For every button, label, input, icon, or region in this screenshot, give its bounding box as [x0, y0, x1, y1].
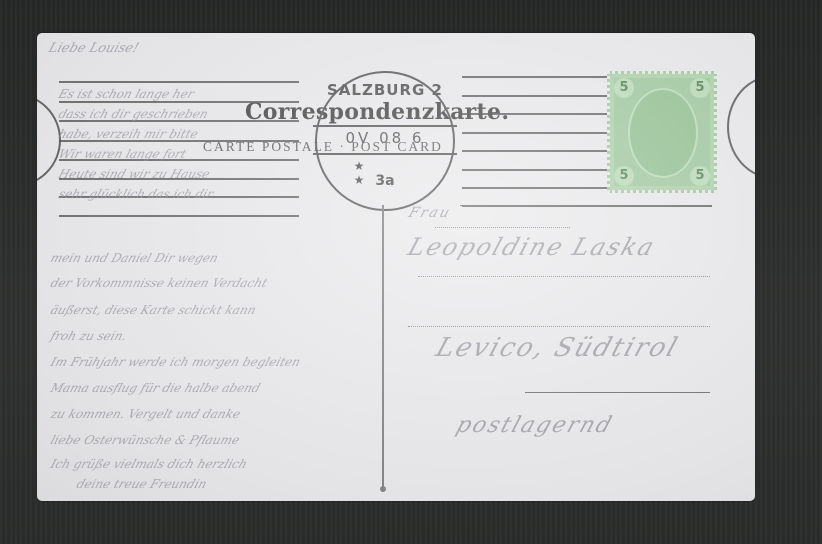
address-note: postlagernd [453, 413, 617, 438]
message-line: habe, verzeih mir bitte [57, 127, 200, 141]
message-greeting: Liebe Louise! [47, 41, 141, 56]
address-rule [418, 276, 710, 277]
postmark-code: 3a [317, 173, 453, 189]
postcard: Correspondenzkarte. CARTE POSTALE · POST… [37, 33, 755, 501]
address-rule [435, 227, 570, 228]
address-salutation: Frau [406, 205, 453, 221]
message-line: sehr glücklich das ich dir [57, 187, 215, 201]
cancellation-line [59, 81, 299, 83]
postmark-city: SALZBURG 2 [317, 81, 453, 99]
address-rule [525, 392, 710, 393]
center-divider [382, 205, 384, 489]
message-line: Mama ausflug für die halbe abend [49, 381, 262, 395]
stamp-value-bl: 5 [614, 166, 634, 186]
address-rule [460, 205, 710, 206]
message-line: deine treue Freundin [75, 477, 209, 491]
message-line: äußerst, diese Karte schickt kann [49, 303, 258, 317]
message-line: dass ich dir geschrieben [57, 107, 210, 121]
address-name: Leopoldine Laska [404, 233, 659, 261]
message-line: Im Frühjahr werde ich morgen begleiten [49, 355, 303, 369]
postage-stamp: 5 5 5 5 [607, 71, 717, 193]
stamp-value-br: 5 [690, 166, 710, 186]
message-line: Wir waren lange fort [57, 147, 188, 161]
message-line: der Vorkommnisse keinen Verdacht [49, 276, 270, 290]
message-line: Ich grüße vielmals dich herzlich [49, 457, 249, 471]
message-line: mein und Daniel Dir wegen [49, 251, 220, 265]
address-rule [408, 326, 710, 327]
postmark-date: 0V 08 6 [317, 129, 453, 147]
message-line: zu kommen. Vergelt und danke [49, 407, 243, 421]
postmark-salzburg: SALZBURG 2 0V 08 6 ★ ★ 3a [315, 71, 455, 211]
stamp-value-tr: 5 [690, 78, 710, 98]
message-line: Heute sind wir zu Hause [57, 167, 212, 181]
message-line: Es ist schon lange her [57, 87, 196, 101]
address-city: Levico, Südtirol [432, 333, 683, 363]
message-line: liebe Osterwünsche & Pflaume [49, 433, 242, 447]
partial-postmark-right [727, 75, 755, 179]
message-line: froh zu sein. [49, 329, 129, 343]
cancellation-line [59, 215, 299, 217]
stamp-portrait-icon [628, 88, 698, 178]
stamp-value-tl: 5 [614, 78, 634, 98]
